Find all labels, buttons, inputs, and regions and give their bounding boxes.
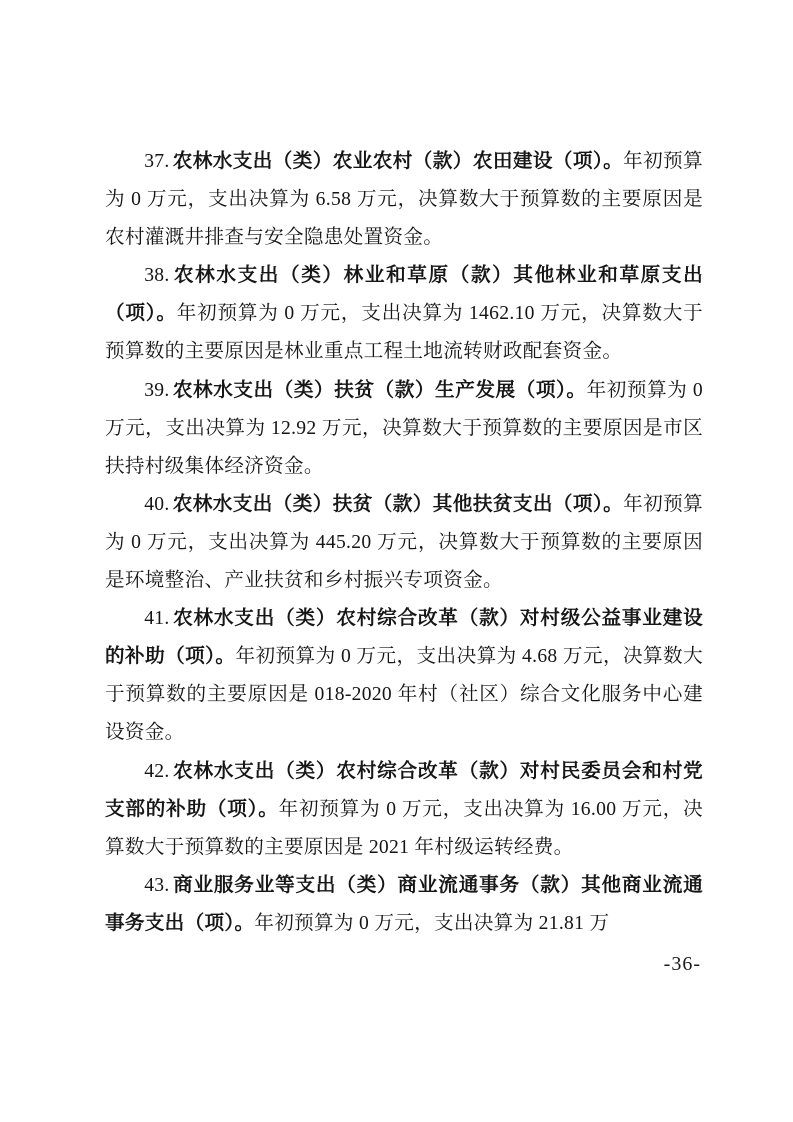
paragraph-42: 42.农林水支出（类）农村综合改革（款）对村民委员会和村党支部的补助（项）。年初… bbox=[105, 753, 703, 867]
paragraph-38: 38.农林水支出（类）林业和草原（款）其他林业和草原支出（项）。年初预算为 0 … bbox=[105, 257, 703, 371]
item-number: 42. bbox=[144, 761, 169, 782]
paragraph-37: 37.农林水支出（类）农业农村（款）农田建设（项）。年初预算为 0 万元，支出决… bbox=[105, 143, 703, 257]
item-number: 37. bbox=[144, 151, 169, 172]
paragraph-41: 41.农林水支出（类）农村综合改革（款）对村级公益事业建设的补助（项）。年初预算… bbox=[105, 600, 703, 752]
paragraph-39: 39.农林水支出（类）扶贫（款）生产发展（项）。年初预算为 0 万元，支出决算为… bbox=[105, 372, 703, 486]
item-number: 39. bbox=[144, 380, 169, 401]
document-body: 37.农林水支出（类）农业农村（款）农田建设（项）。年初预算为 0 万元，支出决… bbox=[105, 143, 703, 943]
item-body: 年初预算为 0 万元，支出决算为 21.81 万 bbox=[254, 913, 609, 934]
paragraph-40: 40.农林水支出（类）扶贫（款）其他扶贫支出（项）。年初预算为 0 万元，支出决… bbox=[105, 486, 703, 600]
item-number: 41. bbox=[144, 608, 169, 629]
item-heading: 农林水支出（类）扶贫（款）其他扶贫支出（项）。 bbox=[173, 494, 623, 515]
page-number: -36- bbox=[105, 953, 703, 975]
item-heading: 农林水支出（类）农业农村（款）农田建设（项）。 bbox=[173, 151, 623, 172]
document-page: 37.农林水支出（类）农业农村（款）农田建设（项）。年初预算为 0 万元，支出决… bbox=[0, 0, 793, 1122]
item-number: 43. bbox=[144, 875, 169, 896]
item-heading: 农林水支出（类）扶贫（款）生产发展（项）。 bbox=[173, 380, 587, 401]
item-body: 年初预算为 0 万元，支出决算为 1462.10 万元，决算数大于预算数的主要原… bbox=[105, 303, 703, 362]
paragraph-43: 43.商业服务业等支出（类）商业流通事务（款）其他商业流通事务支出（项）。年初预… bbox=[105, 867, 703, 943]
item-number: 40. bbox=[144, 494, 169, 515]
item-number: 38. bbox=[144, 265, 169, 286]
